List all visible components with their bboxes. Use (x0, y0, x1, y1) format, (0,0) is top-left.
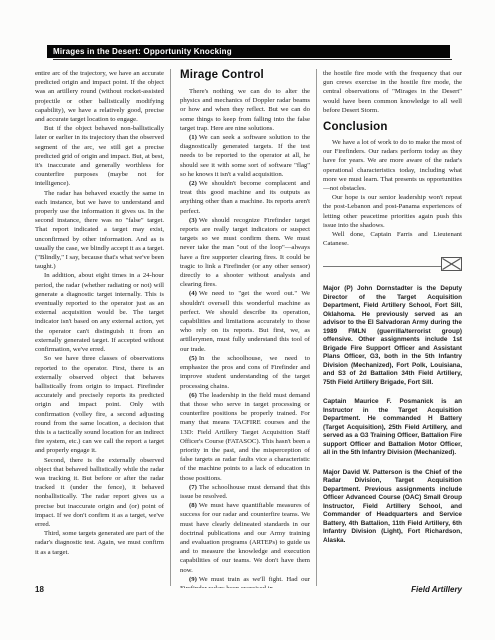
solution-text: In the schoolhouse, we need to emphasize… (180, 355, 310, 390)
solution-item: (5)In the schoolhouse, we need to emphas… (180, 354, 310, 391)
paragraph: So we have three classes of observations… (35, 354, 164, 455)
article-header-bar: Mirages in the Desert: Opportunity Knock… (47, 45, 450, 58)
header-bar-shadow-line (53, 59, 452, 60)
solution-item: (4)We need to "get the word out." We sho… (180, 289, 310, 353)
solution-text: We can seek a software solution to the d… (180, 134, 310, 178)
paragraph: Third, some targets generated are part o… (35, 529, 164, 557)
paragraph: the hostile fire mode with the frequency… (323, 69, 462, 115)
solution-number: (8) (189, 502, 199, 509)
solution-number: (7) (189, 484, 199, 491)
solution-number: (4) (189, 290, 199, 297)
author-bio: Captain Maurice F. Posmanick is an Instr… (323, 398, 462, 458)
solution-number: (6) (189, 392, 199, 399)
paragraph: Well done, Captain Farris and Lieutenant… (323, 230, 462, 248)
solution-item: (2)We shouldn't become complacent and tr… (180, 179, 310, 216)
solution-number: (3) (189, 217, 199, 224)
paragraph: We have a lot of work to do to make the … (323, 138, 462, 193)
column-right: the hostile fire mode with the frequency… (323, 69, 462, 588)
magazine-page: Mirages in the Desert: Opportunity Knock… (0, 0, 495, 640)
solution-text: We should recognize Firefinder target re… (180, 217, 310, 288)
solution-number: (5) (189, 355, 199, 362)
article-title: Mirages in the Desert: Opportunity Knock… (53, 47, 232, 56)
section-heading-conclusion: Conclusion (323, 121, 462, 134)
section-heading-mirage-control: Mirage Control (180, 69, 310, 82)
paragraph: entire arc of the trajectory, we have an… (35, 69, 164, 124)
solution-text: We must have quantifiable measures of su… (180, 502, 310, 573)
paragraph: In addition, about eight times in a 24-h… (35, 271, 164, 354)
solution-item: (7)The schoolhouse must demand that this… (180, 483, 310, 501)
page-number: 18 (35, 585, 44, 594)
solution-text: We must train as we'll fight. Had our Fi… (180, 576, 310, 588)
solution-text: We need to "get the word out." We should… (180, 290, 310, 352)
column-middle: Mirage Control There's nothing we can do… (180, 69, 310, 588)
solution-number: (2) (189, 180, 199, 187)
column-left: entire arc of the trajectory, we have an… (35, 69, 164, 584)
paragraph: Second, there is the externally observed… (35, 456, 164, 530)
paragraph: But if the object behaved non-ballistica… (35, 124, 164, 188)
solution-item: (9)We must train as we'll fight. Had our… (180, 575, 310, 588)
column-divider (316, 69, 317, 586)
journal-name-footer: Field Artillery (411, 585, 462, 594)
solution-text: The leadership in the field must demand … (180, 392, 310, 482)
solution-text: We shouldn't become complacent and treat… (180, 180, 310, 215)
paragraph: The radar has behaved exactly the same i… (35, 189, 164, 272)
solution-item: (8)We must have quantifiable measures of… (180, 501, 310, 575)
solution-number: (9) (189, 576, 199, 583)
solution-item: (1)We can seek a software solution to th… (180, 133, 310, 179)
solution-item: (3)We should recognize Firefinder target… (180, 216, 310, 290)
author-bio: Major (P) John Dornstadter is the Deputy… (323, 285, 462, 387)
column-divider (170, 69, 171, 586)
end-of-article-divider (323, 255, 462, 272)
author-bio: Major David W. Patterson is the Chief of… (323, 469, 462, 546)
solution-text: The schoolhouse must demand that this is… (180, 484, 310, 500)
solution-item: (6)The leadership in the field must dema… (180, 391, 310, 483)
paragraph: Our hope is our senior leadership won't … (323, 193, 462, 230)
solution-number: (1) (189, 134, 199, 141)
divider-line (323, 266, 442, 267)
paragraph: There's nothing we can do to alter the p… (180, 87, 310, 133)
